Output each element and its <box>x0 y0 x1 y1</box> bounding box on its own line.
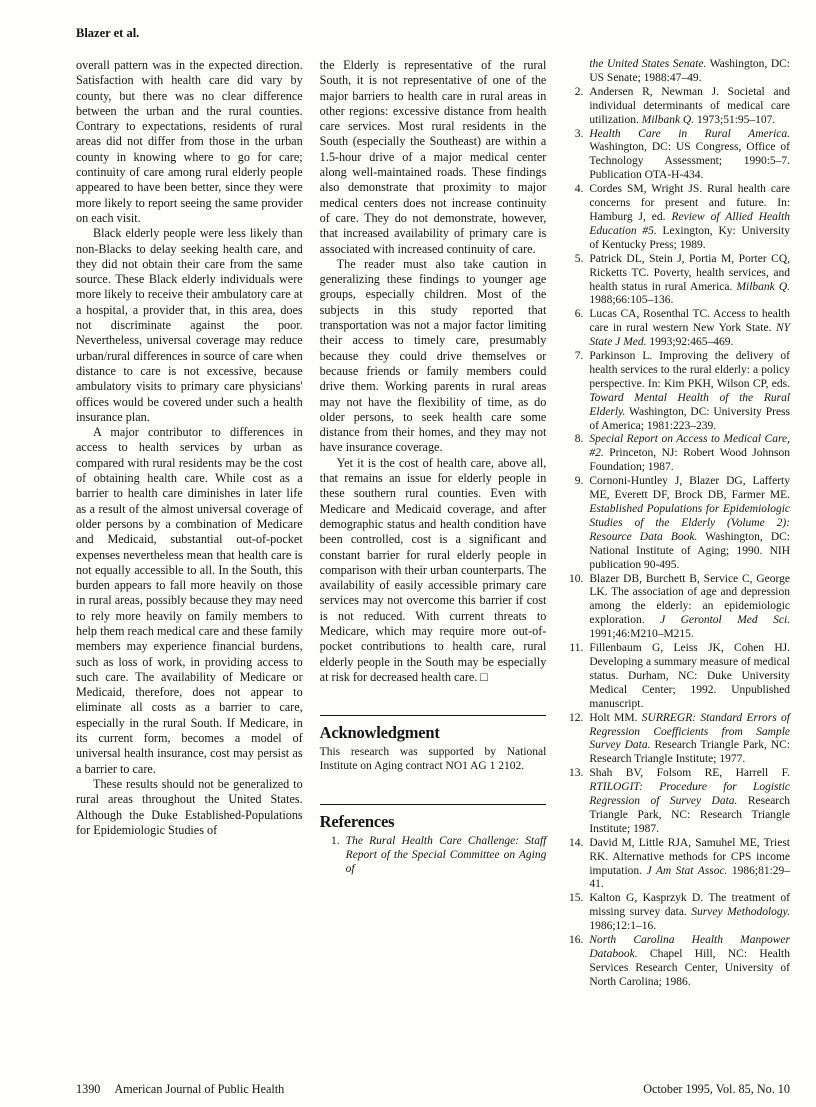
reference-text: Andersen R, Newman J. Societal and indiv… <box>589 86 790 126</box>
reference-item: 6. Lucas CA, Rosenthal TC. Access to hea… <box>563 308 790 350</box>
reference-item: 7. Parkinson L. Improving the delivery o… <box>563 350 790 433</box>
body-paragraph: A major contributor to differences in ac… <box>76 425 303 777</box>
reference-item: 9. Cornoni-Huntley J, Blazer DG, Laffert… <box>563 475 790 572</box>
reference-text: Cornoni-Huntley J, Blazer DG, Lafferty M… <box>589 475 790 570</box>
reference-number: 15. <box>563 892 583 906</box>
body-paragraph: The reader must also take caution in gen… <box>320 257 547 456</box>
reference-item: 8. Special Report on Access to Medical C… <box>563 433 790 475</box>
reference-item: 11. Fillenbaum G, Leiss JK, Cohen HJ. De… <box>563 642 790 712</box>
reference-text: Blazer DB, Burchett B, Service C, George… <box>589 573 790 641</box>
reference-item: 12. Holt MM. SURREGR: Standard Errors of… <box>563 712 790 768</box>
reference-number: 12. <box>563 712 583 726</box>
running-head: Blazer et al. <box>76 26 139 41</box>
reference-text: North Carolina Health Manpower Databook.… <box>589 934 790 988</box>
body-paragraph: These results should not be generalized … <box>76 777 303 838</box>
reference-item: 16. North Carolina Health Manpower Datab… <box>563 934 790 990</box>
reference-number: 6. <box>563 308 583 322</box>
reference-text: Lucas CA, Rosenthal TC. Access to health… <box>589 308 790 348</box>
reference-number: 2. <box>563 86 583 100</box>
reference-text: Kalton G, Kasprzyk D. The treatment of m… <box>589 892 790 932</box>
body-paragraph: the Elderly is representative of the rur… <box>320 58 547 257</box>
column-1: overall pattern was in the expected dire… <box>76 58 303 990</box>
reference-item: 15. Kalton G, Kasprzyk D. The treatment … <box>563 892 790 934</box>
reference-item: 14. David M, Little RJA, Samuhel ME, Tri… <box>563 837 790 893</box>
reference-number: 16. <box>563 934 583 948</box>
page-footer: 1390 American Journal of Public Health O… <box>76 1082 790 1097</box>
reference-list: 2. Andersen R, Newman J. Societal and in… <box>563 86 790 990</box>
footer-journal-name: American Journal of Public Health <box>114 1082 284 1097</box>
reference-number: 7. <box>563 350 583 364</box>
reference-item: 3. Health Care in Rural America. Washing… <box>563 128 790 184</box>
reference-number: 10. <box>563 573 583 587</box>
footer-page-number: 1390 <box>76 1082 100 1097</box>
reference-list-start: 1. The Rural Health Care Challenge: Staf… <box>320 835 547 877</box>
column-2: the Elderly is representative of the rur… <box>320 58 547 990</box>
column-3: the United States Senate. Washington, DC… <box>563 58 790 990</box>
reference-text: Cordes SM, Wright JS. Rural health care … <box>589 183 790 251</box>
reference-item: 2. Andersen R, Newman J. Societal and in… <box>563 86 790 128</box>
reference-number: 14. <box>563 837 583 851</box>
footer-issue-info: October 1995, Vol. 85, No. 10 <box>643 1082 790 1097</box>
journal-page: Blazer et al. overall pattern was in the… <box>0 0 816 1107</box>
article-columns: overall pattern was in the expected dire… <box>76 58 790 990</box>
reference-number: 1. <box>320 835 340 849</box>
reference-number: 9. <box>563 475 583 489</box>
body-paragraph: Yet it is the cost of health care, above… <box>320 456 547 685</box>
reference-1-continuation: the United States Senate. Washington, DC… <box>563 58 790 86</box>
references-section: References 1. The Rural Health Care Chal… <box>320 804 547 877</box>
reference-item: 4. Cordes SM, Wright JS. Rural health ca… <box>563 183 790 253</box>
acknowledgment-heading: Acknowledgment <box>320 723 547 743</box>
column-1-body: overall pattern was in the expected dire… <box>76 58 303 838</box>
reference-number: 3. <box>563 128 583 142</box>
reference-text: Special Report on Access to Medical Care… <box>589 433 790 473</box>
column-2-body: the Elderly is representative of the rur… <box>320 58 547 685</box>
reference-text: Health Care in Rural America. Washington… <box>589 128 790 182</box>
reference-number: 11. <box>563 642 583 656</box>
reference-text: Shah BV, Folsom RE, Harrell F. RTILOGIT:… <box>589 767 790 835</box>
body-paragraph: overall pattern was in the expected dire… <box>76 58 303 226</box>
reference-text: Fillenbaum G, Leiss JK, Cohen HJ. Develo… <box>589 642 790 710</box>
reference-item: 10. Blazer DB, Burchett B, Service C, Ge… <box>563 573 790 643</box>
reference-number: 5. <box>563 253 583 267</box>
acknowledgment-text: This research was supported by National … <box>320 746 547 774</box>
reference-text: David M, Little RJA, Samuhel ME, Triest … <box>589 837 790 891</box>
reference-item: 1. The Rural Health Care Challenge: Staf… <box>320 835 547 877</box>
body-paragraph: Black elderly people were less likely th… <box>76 226 303 425</box>
reference-text: Patrick DL, Stein J, Portia M, Porter CQ… <box>589 253 790 307</box>
references-heading: References <box>320 812 547 832</box>
reference-text: Holt MM. SURREGR: Standard Errors of Reg… <box>589 712 790 766</box>
acknowledgment-section: Acknowledgment This research was support… <box>320 715 547 774</box>
reference-item: 13. Shah BV, Folsom RE, Harrell F. RTILO… <box>563 767 790 837</box>
reference-item: 5. Patrick DL, Stein J, Portia M, Porter… <box>563 253 790 309</box>
reference-number: 4. <box>563 183 583 197</box>
reference-number: 13. <box>563 767 583 781</box>
reference-number: 8. <box>563 433 583 447</box>
reference-text: The Rural Health Care Challenge: Staff R… <box>346 835 547 875</box>
reference-text: Parkinson L. Improving the delivery of h… <box>589 350 790 432</box>
